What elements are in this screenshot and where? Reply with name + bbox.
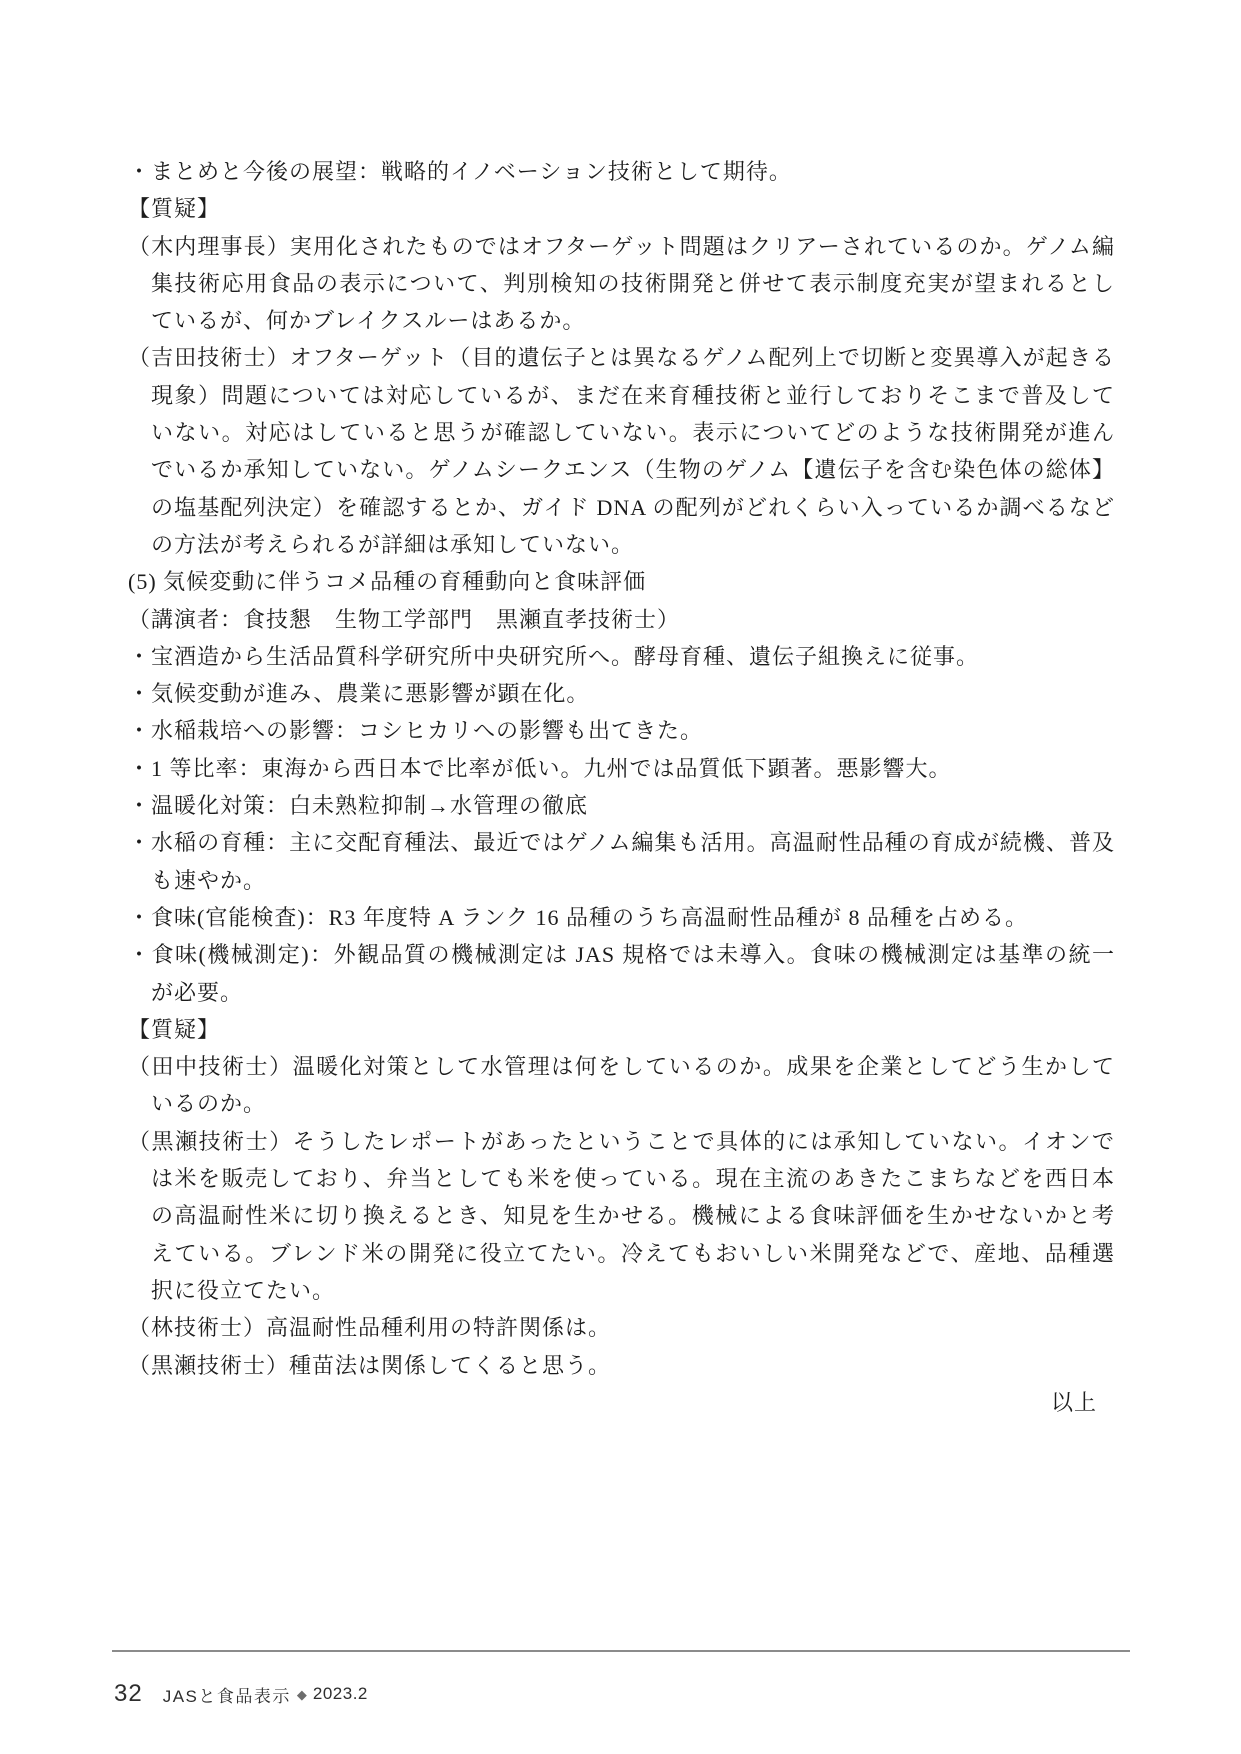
qa1-question: （木内理事長）実用化されたものではオフターゲット問題はクリアーされているのか。ゲ… [128, 228, 1115, 340]
diamond-icon: ◆ [297, 1688, 307, 1701]
closing-text: 以上 [128, 1384, 1115, 1421]
qa-header-2: 【質疑】 [128, 1011, 1115, 1048]
qa2-item: （田中技術士）温暖化対策として水管理は何をしているのか。成果を企業としてどう生か… [128, 1048, 1115, 1123]
qa2-item: （黒瀬技術士）そうしたレポートがあったということで具体的には承知していない。イオ… [128, 1123, 1115, 1309]
qa-header-1: 【質疑】 [128, 190, 1115, 227]
document-page: ・まとめと今後の展望：戦略的イノベーション技術として期待。 【質疑】 （木内理事… [0, 0, 1241, 1754]
bullet-item: ・温暖化対策：白未熟粒抑制→水管理の徹底 [128, 787, 1115, 824]
qa2-item: （黒瀬技術士）種苗法は関係してくると思う。 [128, 1347, 1115, 1384]
page-footer: 32 JASと食品表示 ◆ 2023.2 [114, 1680, 368, 1708]
footer-divider [112, 1650, 1130, 1652]
bullet-item: ・気候変動が進み、農業に悪影響が顕在化。 [128, 675, 1115, 712]
journal-title: JASと食品表示 [163, 1682, 291, 1707]
intro-bullet: ・まとめと今後の展望：戦略的イノベーション技術として期待。 [128, 153, 1115, 190]
speaker-line: （講演者：食技懇 生物工学部門 黒瀬直孝技術士） [128, 601, 1115, 638]
page-number: 32 [114, 1680, 143, 1708]
section-heading: (5) 気候変動に伴うコメ品種の育種動向と食味評価 [128, 563, 1115, 600]
bullet-item: ・食味(官能検査)：R3 年度特 A ランク 16 品種のうち高温耐性品種が 8… [128, 899, 1115, 936]
bullet-item: ・食味(機械測定)：外観品質の機械測定は JAS 規格では未導入。食味の機械測定… [128, 936, 1115, 1011]
bullet-item: ・水稲栽培への影響：コシヒカリへの影響も出てきた。 [128, 712, 1115, 749]
bullet-item: ・宝酒造から生活品質科学研究所中央研究所へ。酵母育種、遺伝子組換えに従事。 [128, 638, 1115, 675]
page-body: ・まとめと今後の展望：戦略的イノベーション技術として期待。 【質疑】 （木内理事… [128, 153, 1115, 1421]
bullet-item: ・水稲の育種：主に交配育種法、最近ではゲノム編集も活用。高温耐性品種の育成が続機… [128, 824, 1115, 899]
qa1-answer: （吉田技術士）オフターゲット（目的遺伝子とは異なるゲノム配列上で切断と変異導入が… [128, 339, 1115, 563]
qa2-item: （林技術士）高温耐性品種利用の特許関係は。 [128, 1309, 1115, 1346]
bullet-item: ・1 等比率：東海から西日本で比率が低い。九州では品質低下顕著。悪影響大。 [128, 750, 1115, 787]
issue-date: 2023.2 [313, 1684, 368, 1704]
